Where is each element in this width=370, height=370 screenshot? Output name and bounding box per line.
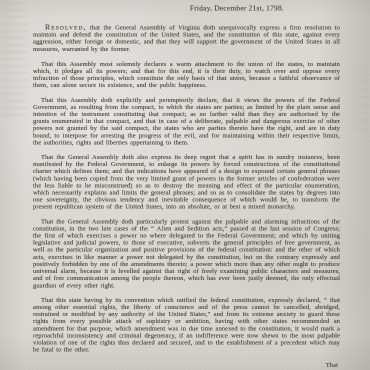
paragraph-text: That this Assembly doth explicitly and p…	[33, 96, 340, 146]
paragraph-text: That this Assembly most solemnly declare…	[33, 60, 340, 89]
paragraph-deep-regret: That the General Assembly doth also expr…	[33, 154, 340, 211]
paragraph-text: That the General Assembly doth also expr…	[33, 153, 340, 210]
dateline: Friday, December 21st, 1798.	[33, 5, 340, 14]
paragraph-resolved: Resolved, that the General Assembly of V…	[33, 24, 340, 52]
paragraph-alien-sedition-protest: That the General Assembly doth particula…	[33, 218, 340, 289]
paragraph-text: That this state having by its convention…	[33, 296, 340, 353]
printed-sheet: Friday, December 21st, 1798. Resolved, t…	[0, 0, 370, 370]
paragraph-compact-doctrine: That this Assembly doth explicitly and p…	[33, 96, 340, 146]
paragraph-liberty-of-press: That this state having by its convention…	[33, 296, 340, 353]
paragraph-text: That the General Assembly doth particula…	[33, 217, 340, 288]
catchword: That	[326, 361, 338, 369]
document-scan-page: Friday, December 21st, 1798. Resolved, t…	[0, 0, 370, 370]
paragraph-union-attachment: That this Assembly most solemnly declare…	[33, 60, 340, 88]
